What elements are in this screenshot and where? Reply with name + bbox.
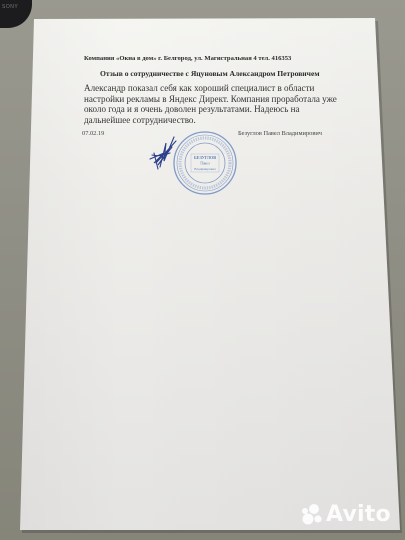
avito-logo-icon	[300, 503, 324, 525]
body-line: дальнейшее сотрудничество.	[84, 115, 354, 126]
stamp-line: БЕЗУГЛОВ	[194, 155, 216, 160]
device-label: SONY	[2, 4, 18, 10]
body-line: настройки рекламы в Яндекс Директ. Компа…	[84, 94, 354, 105]
document-date: 07.02.19	[82, 130, 104, 137]
company-header: Компания «Окна в дом» г. Белгород, ул. М…	[84, 55, 291, 62]
company-stamp-icon: БЕЗУГЛОВ Павел Владимирович	[172, 130, 238, 196]
signer-name: Безуглов Павел Владимирович	[238, 130, 322, 137]
document-body: Александр показал себя как хороший специ…	[84, 83, 354, 125]
avito-watermark-text: Avito	[326, 502, 391, 527]
body-line: около года и я очень доволен результатам…	[84, 104, 354, 115]
camera-device-corner: SONY	[0, 0, 32, 28]
stamp-line: Павел	[200, 162, 209, 166]
stamp-line: Владимирович	[194, 167, 216, 171]
avito-watermark: Avito	[300, 500, 391, 528]
document-title: Отзыв о сотрудничестве с Яцуновым Алекса…	[100, 69, 320, 78]
paper-shading	[0, 0, 405, 540]
body-line: Александр показал себя как хороший специ…	[84, 83, 354, 94]
